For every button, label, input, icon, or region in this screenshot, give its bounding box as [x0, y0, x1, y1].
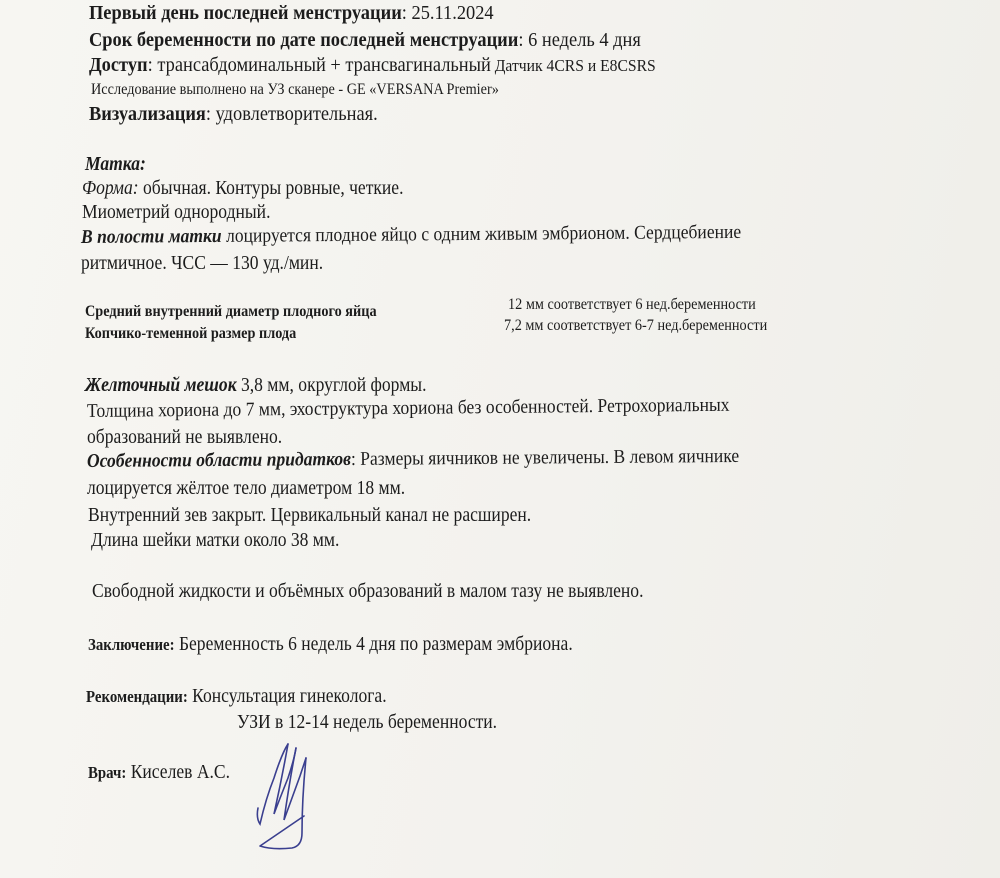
gestational-age-label: Срок беременности по дате последней менс… [89, 29, 518, 51]
doctor-line: Врач: Киселев А.С. [88, 762, 230, 784]
lmp-label: Первый день последней менструации [89, 2, 402, 24]
access-line: Доступ: трансабдоминальный + трансвагина… [89, 54, 656, 77]
yolk-sac-line: Желточный мешок 3,8 мм, округлой формы. [85, 375, 426, 397]
lmp-line: Первый день последней менструации: 25.11… [89, 2, 494, 25]
yolk-sac-value: 3,8 мм, округлой формы. [237, 375, 427, 396]
signature-icon [252, 738, 332, 858]
cavity-line-2: ритмичное. ЧСС — 130 уд./мин. [81, 253, 323, 275]
conclusion-label: Заключение: [88, 635, 175, 654]
conclusion-line: Заключение: Беременность 6 недель 4 дня … [88, 634, 573, 656]
recommendations-line: Рекомендации: Консультация гинеколога. [86, 686, 387, 708]
myometrium-line: Миометрий однородный. [82, 202, 270, 224]
uterus-shape-label: Форма: [82, 178, 139, 199]
measurement-label-crl: Копчико-теменной размер плода [85, 325, 296, 343]
measurement-value-crl: 7,2 мм соответствует 6-7 нед.беременност… [504, 317, 767, 335]
yolk-sac-label: Желточный мешок [85, 375, 237, 396]
uterus-shape-line: Форма: обычная. Контуры ровные, четкие. [82, 178, 403, 200]
cavity-label: В полости матки [81, 226, 222, 248]
free-fluid-line: Свободной жидкости и объёмных образовани… [92, 581, 643, 603]
visualization-label: Визуализация [89, 103, 206, 125]
access-value: : трансабдоминальный + трансвагинальный [148, 54, 491, 76]
cavity-line-1: В полости матки лоцируется плодное яйцо … [81, 222, 741, 249]
adnexa-line-2: лоцируется жёлтое тело диаметром 18 мм. [87, 478, 405, 500]
conclusion-value: Беременность 6 недель 4 дня по размерам … [175, 634, 573, 655]
adnexa-value-1: : Размеры яичников не увеличены. В левом… [351, 446, 739, 470]
visualization-value: : удовлетворительная. [206, 103, 378, 125]
doctor-label: Врач: [88, 763, 126, 782]
cavity-value-1: лоцируется плодное яйцо с одним живым эм… [222, 222, 742, 247]
doctor-name: Киселев А.С. [126, 762, 230, 783]
chorion-line-2: образований не выявлено. [87, 427, 282, 449]
measurement-label-gestational-sac: Средний внутренний диаметр плодного яйца [85, 303, 377, 321]
adnexa-line-1: Особенности области придатков: Размеры я… [87, 446, 739, 473]
visualization-line: Визуализация: удовлетворительная. [89, 103, 378, 126]
chorion-line-1: Толщина хориона до 7 мм, эхоструктура хо… [87, 395, 730, 423]
recommendation-item-2: УЗИ в 12-14 недель беременности. [237, 712, 497, 734]
adnexa-label: Особенности области придатков [87, 449, 351, 472]
recommendations-label: Рекомендации: [86, 687, 188, 706]
probe-text: Датчик 4CRS и E8CSRS [491, 56, 656, 75]
recommendation-item-1: Консультация гинеколога. [188, 686, 387, 707]
lmp-value: : 25.11.2024 [402, 2, 494, 24]
scanner-line: Исследование выполнено на УЗ сканере - G… [91, 81, 499, 99]
gestational-age-line: Срок беременности по дате последней менс… [89, 29, 641, 52]
uterus-shape-value: обычная. Контуры ровные, четкие. [139, 178, 404, 199]
uterus-section-title: Матка: [85, 154, 146, 176]
measurement-value-gestational-sac: 12 мм соответствует 6 нед.беременности [508, 296, 756, 314]
cervix-length-line: Длина шейки матки около 38 мм. [91, 530, 339, 552]
cervix-os-line: Внутренний зев закрыт. Цервикальный кана… [88, 505, 531, 527]
gestational-age-value: : 6 недель 4 дня [518, 29, 640, 51]
access-label: Доступ [89, 54, 148, 76]
